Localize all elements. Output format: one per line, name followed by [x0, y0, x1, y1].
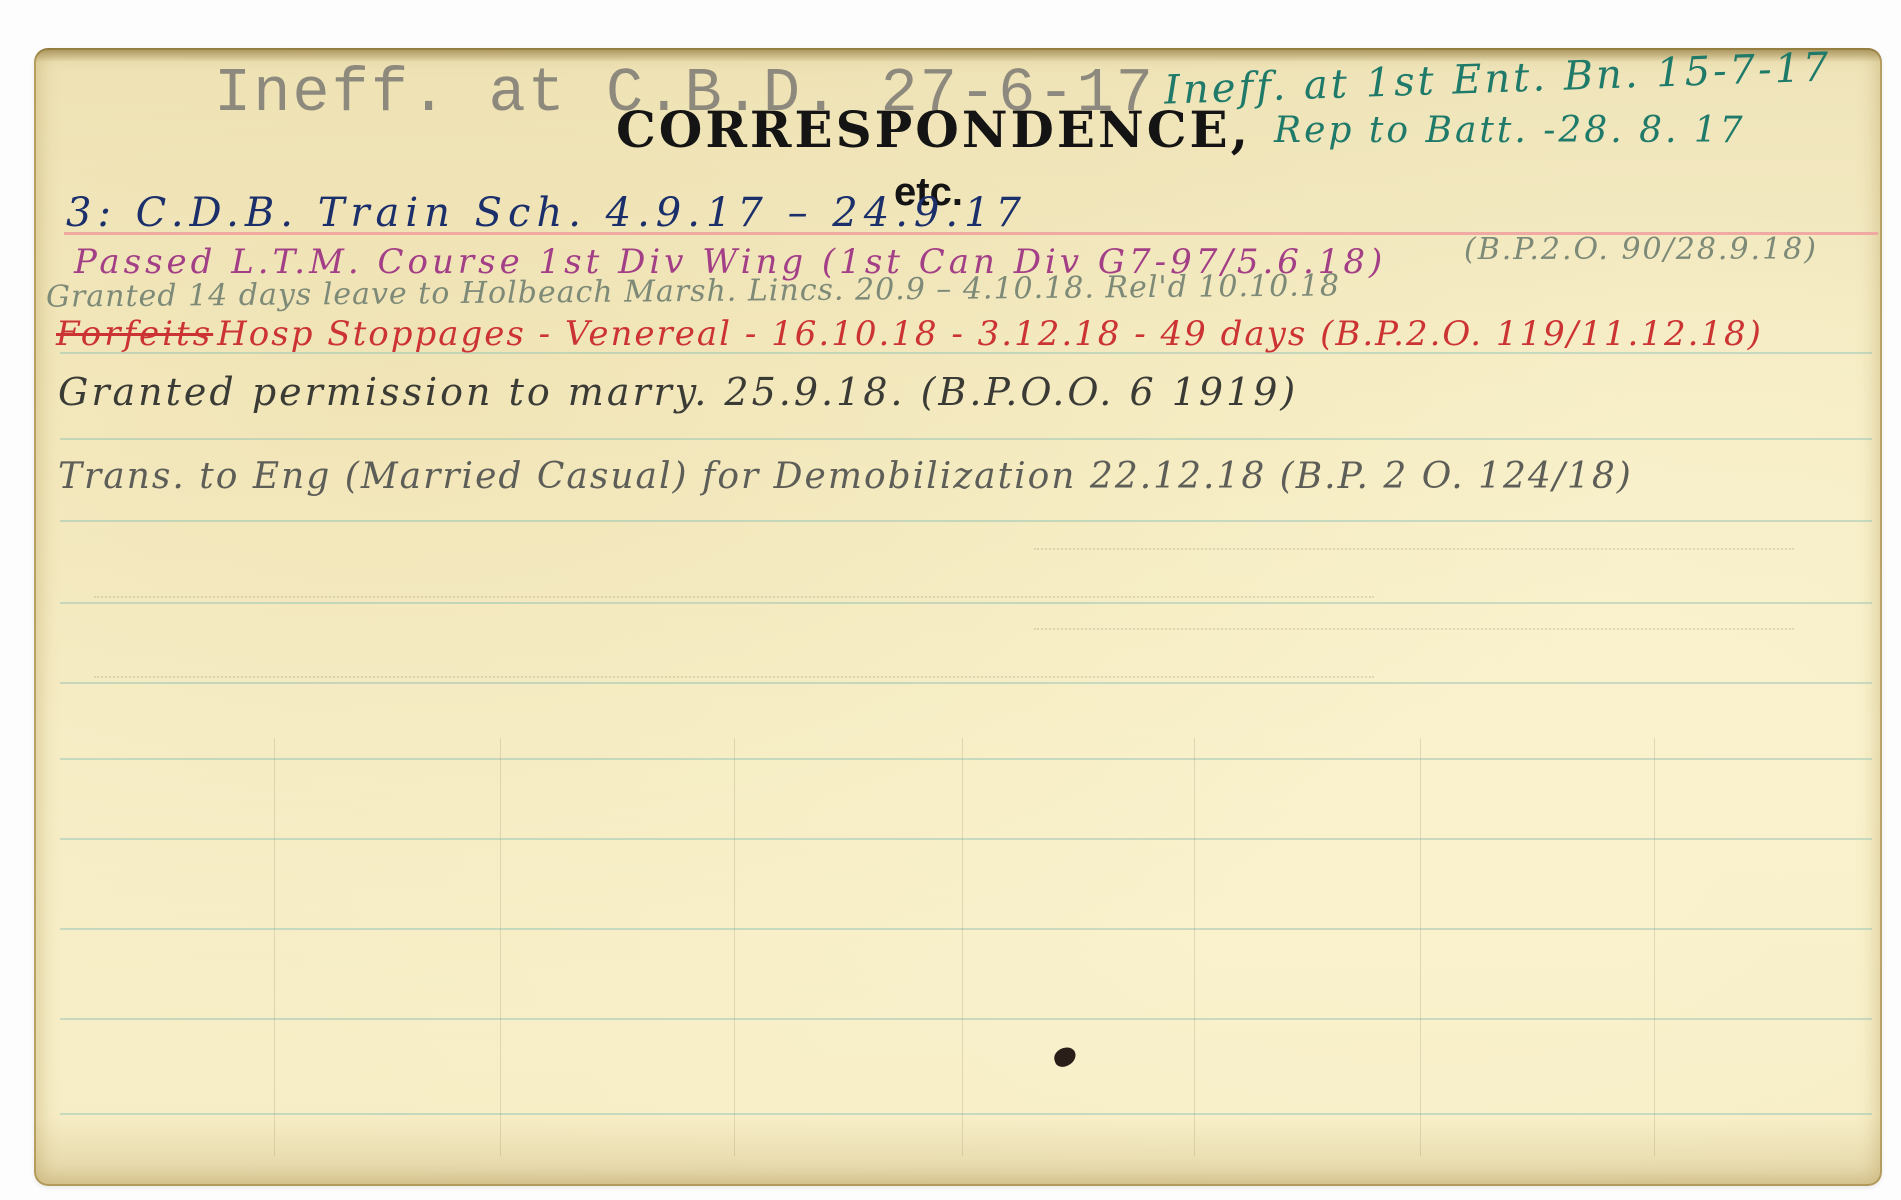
- show-through-dotted-line: [1034, 548, 1794, 550]
- entry-training-school: 3: C.D.B. Train Sch. 4.9.17 – 24.9.17: [66, 190, 1027, 236]
- entry-hospital-stoppages-text: Hosp Stoppages - Venereal - 16.10.18 - 3…: [217, 314, 1763, 354]
- show-through-column-divider: [1420, 738, 1421, 1156]
- show-through-column-divider: [1654, 738, 1655, 1156]
- ledger-line: [60, 838, 1872, 840]
- show-through-column-divider: [500, 738, 501, 1156]
- show-through-dotted-line: [94, 596, 1374, 598]
- show-through-dotted-line: [94, 676, 1374, 678]
- ledger-line: [60, 758, 1872, 760]
- show-through-column-divider: [962, 738, 963, 1156]
- entry-hospital-stoppages: Forfeits Hosp Stoppages - Venereal - 16.…: [56, 314, 1763, 354]
- record-card: Ineff. at C.B.D. 27-6-17 CORRESPONDENCE,…: [34, 48, 1882, 1186]
- printed-title: CORRESPONDENCE,: [616, 100, 1251, 159]
- ledger-line: [60, 1113, 1872, 1115]
- show-through-dotted-line: [1034, 628, 1794, 630]
- ledger-line: [60, 928, 1872, 930]
- ledger-line: [60, 682, 1872, 684]
- ledger-line: [60, 438, 1872, 440]
- header-note-line2: Rep to Batt. -28. 8. 17: [1274, 110, 1746, 151]
- show-through-column-divider: [734, 738, 735, 1156]
- ledger-line: [60, 520, 1872, 522]
- entry-ltm-course-reference: (B.P.2.O. 90/28.9.18): [1464, 232, 1818, 267]
- struck-word: Forfeits: [56, 314, 213, 354]
- ink-blot: [1052, 1045, 1079, 1069]
- header-note-line1: Ineff. at 1st Ent. Bn. 15-7-17: [1163, 48, 1832, 114]
- entry-permission-to-marry: Granted permission to marry. 25.9.18. (B…: [58, 370, 1298, 414]
- ledger-line: [60, 602, 1872, 604]
- show-through-column-divider: [274, 738, 275, 1156]
- entry-transfer-demobilization: Trans. to Eng (Married Casual) for Demob…: [58, 456, 1633, 497]
- ledger-line: [60, 1018, 1872, 1020]
- show-through-column-divider: [1194, 738, 1195, 1156]
